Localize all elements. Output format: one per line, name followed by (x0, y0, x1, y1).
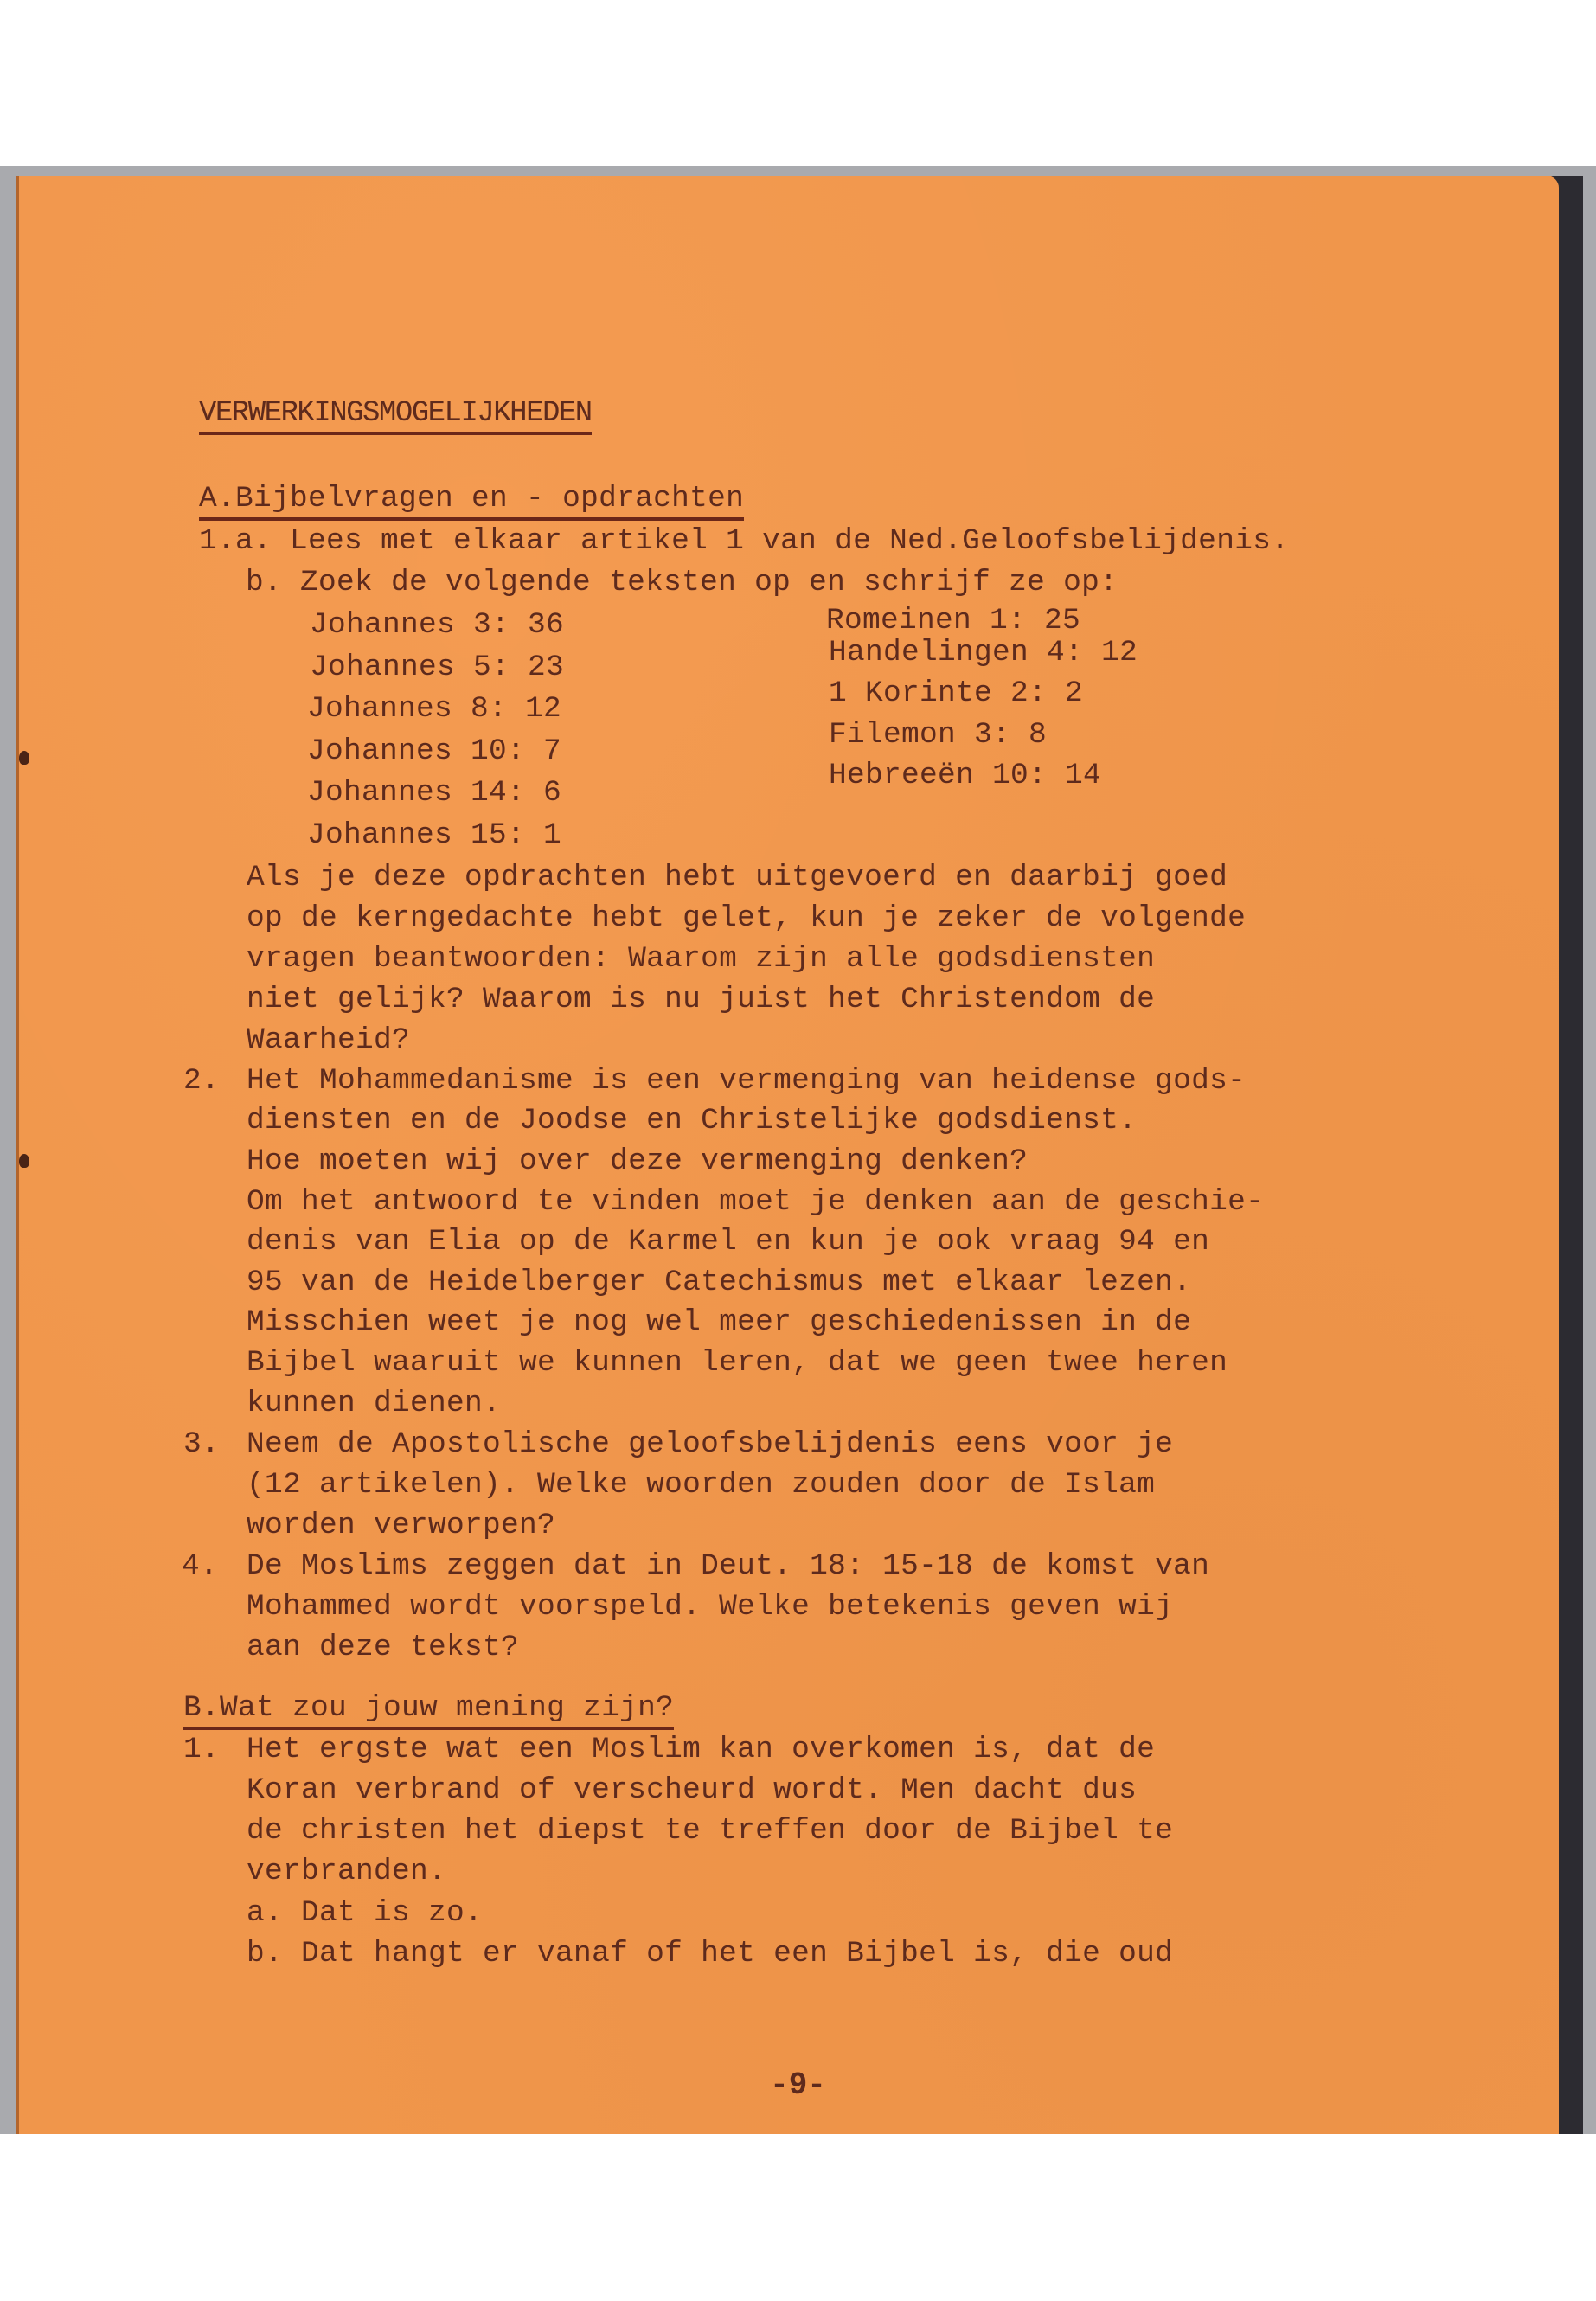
paragraph-line: Het ergste wat een Moslim kan overkomen … (247, 1733, 1155, 1767)
paragraph-line: Het Mohammedanisme is een vermenging van… (247, 1064, 1246, 1099)
paragraph-line: vragen beantwoorden: Waarom zijn alle go… (247, 942, 1155, 977)
paragraph-line: Om het antwoord te vinden moet je denken… (247, 1185, 1264, 1220)
paragraph-line: de christen het diepst te treffen door d… (247, 1814, 1173, 1849)
staple-mark-icon (19, 1154, 29, 1168)
paragraph-line: Mohammed wordt voorspeld. Welke betekeni… (247, 1590, 1173, 1625)
bible-text-left: Johannes 10: 7 (307, 734, 561, 769)
answer-option-b: b. Dat hangt er vanaf of het een Bijbel … (247, 1937, 1173, 1971)
paragraph-line: verbranden. (247, 1855, 446, 1889)
bible-text-right: 1 Korinte 2: 2 (829, 676, 1083, 711)
bible-text-left: Johannes 14: 6 (307, 776, 561, 811)
answer-option-a: a. Dat is zo. (247, 1896, 483, 1931)
bible-text-left: Johannes 5: 23 (310, 651, 564, 685)
paragraph-line: Misschien weet je nog wel meer geschiede… (247, 1305, 1191, 1340)
paragraph-line: Hoe moeten wij over deze vermenging denk… (247, 1144, 1028, 1179)
question-1b: b. Zoek de volgende teksten op en schrij… (246, 566, 1118, 600)
section-a-heading: A.Bijbelvragen en - opdrachten (199, 482, 744, 521)
paragraph-line: Waarheid? (247, 1023, 410, 1058)
bible-text-left: Johannes 3: 36 (310, 608, 564, 643)
section-b-heading: B.Wat zou jouw mening zijn? (183, 1691, 674, 1730)
question-number: 4. (182, 1549, 218, 1584)
paragraph-line: op de kerngedachte hebt gelet, kun je ze… (247, 901, 1246, 936)
paragraph-line: Koran verbrand of verscheurd wordt. Men … (247, 1773, 1137, 1808)
paragraph-line: kunnen dienen. (247, 1387, 501, 1421)
bible-text-right: Hebreeën 10: 14 (829, 759, 1101, 793)
paragraph-line: denis van Elia op de Karmel en kun je oo… (247, 1225, 1209, 1259)
paragraph-line: worden verworpen? (247, 1509, 555, 1543)
bible-text-right: Filemon 3: 8 (829, 718, 1047, 753)
paragraph-line: 95 van de Heidelberger Catechismus met e… (247, 1266, 1191, 1300)
page-number: -9- (0, 2067, 1596, 2103)
paragraph-line: niet gelijk? Waarom is nu juist het Chri… (247, 983, 1155, 1017)
paragraph-line: Bijbel waaruit we kunnen leren, dat we g… (247, 1346, 1227, 1381)
question-number: 2. (183, 1064, 220, 1099)
question-1a: 1.a. Lees met elkaar artikel 1 van de Ne… (199, 524, 1289, 559)
paragraph-line: (12 artikelen). Welke woorden zouden doo… (247, 1468, 1155, 1503)
bible-text-left: Johannes 15: 1 (307, 818, 561, 853)
paragraph-line: Als je deze opdrachten hebt uitgevoerd e… (247, 861, 1227, 895)
paragraph-line: aan deze tekst? (247, 1631, 519, 1665)
bible-text-left: Johannes 8: 12 (307, 692, 561, 727)
paragraph-line: Neem de Apostolische geloofsbelijdenis e… (247, 1427, 1173, 1462)
paragraph-line: diensten en de Joodse en Christelijke go… (247, 1104, 1137, 1138)
bible-text-right: Romeinen 1: 25 (826, 604, 1080, 638)
staple-mark-icon (19, 751, 29, 765)
question-number: 3. (183, 1427, 220, 1462)
page-title: VERWERKINGSMOGELIJKHEDEN (199, 396, 592, 435)
bible-text-right: Handelingen 4: 12 (829, 636, 1138, 670)
paragraph-line: De Moslims zeggen dat in Deut. 18: 15-18… (247, 1549, 1209, 1584)
question-number: 1. (183, 1733, 220, 1767)
